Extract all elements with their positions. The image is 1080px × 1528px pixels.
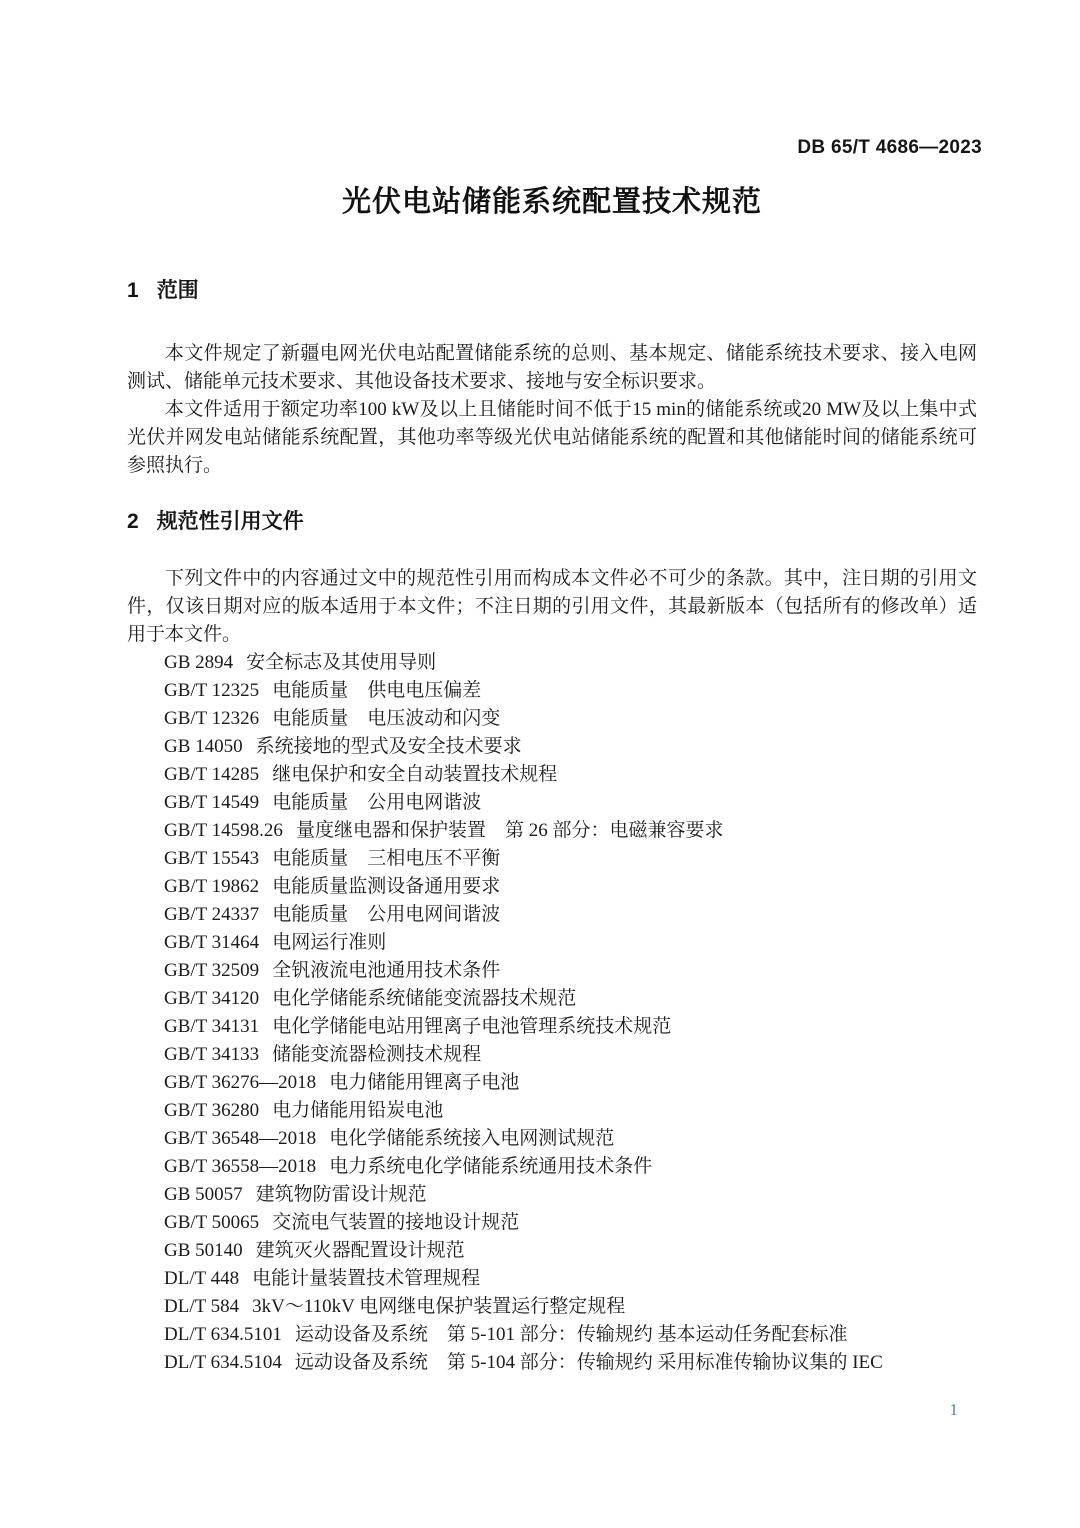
reference-code: GB/T 36548—2018 (164, 1128, 316, 1149)
section-references-heading: 2规范性引用文件 (127, 510, 977, 534)
reference-code: GB/T 31464 (164, 932, 259, 953)
reference-code: DL/T 634.5101 (164, 1324, 282, 1345)
reference-item: DL/T 634.5104远动设备及系统 第 5-104 部分：传输规约 采用标… (164, 1349, 977, 1377)
reference-item: GB/T 14549电能质量 公用电网谐波 (164, 789, 977, 817)
reference-code: GB/T 32509 (164, 960, 259, 981)
reference-title: 全钒液流电池通用技术条件 (272, 960, 500, 981)
scope-paragraph: 本文件规定了新疆电网光伏电站配置储能系统的总则、基本规定、储能系统技术要求、接入… (127, 340, 977, 396)
reference-item: GB/T 12326电能质量 电压波动和闪变 (164, 705, 977, 733)
reference-code: GB/T 12325 (164, 680, 259, 701)
reference-title: 电力系统电化学储能系统通用技术条件 (329, 1156, 652, 1177)
reference-item: GB/T 32509全钒液流电池通用技术条件 (164, 957, 977, 985)
reference-title: 电网运行准则 (272, 932, 386, 953)
reference-title: 电能质量 公用电网谐波 (272, 792, 481, 813)
reference-title: 建筑物防雷设计规范 (256, 1184, 427, 1205)
section-scope-paragraphs: 本文件规定了新疆电网光伏电站配置储能系统的总则、基本规定、储能系统技术要求、接入… (127, 340, 977, 480)
reference-code: GB/T 14549 (164, 792, 259, 813)
reference-title: 安全标志及其使用导则 (246, 652, 436, 673)
reference-code: GB/T 24337 (164, 904, 259, 925)
reference-title: 电化学储能系统储能变流器技术规范 (272, 988, 576, 1009)
reference-code: GB/T 50065 (164, 1212, 259, 1233)
reference-item: GB/T 34120电化学储能系统储能变流器技术规范 (164, 985, 977, 1013)
reference-title: 运动设备及系统 第 5-101 部分：传输规约 基本运动任务配套标准 (295, 1324, 848, 1345)
reference-code: GB/T 14598.26 (164, 820, 283, 841)
reference-code: GB/T 19862 (164, 876, 259, 897)
section-references-number: 2 (127, 510, 139, 534)
doc-title: 光伏电站储能系统配置技术规范 (127, 179, 977, 220)
reference-item: DL/T 5843kV～110kV 电网继电保护装置运行整定规程 (164, 1293, 977, 1321)
reference-code: GB/T 36276—2018 (164, 1072, 316, 1093)
reference-title: 电力储能用锂离子电池 (329, 1072, 519, 1093)
reference-title: 系统接地的型式及安全技术要求 (256, 736, 522, 757)
document-page: DB 65/T 4686—2023 光伏电站储能系统配置技术规范 1范围 本文件… (0, 0, 1080, 1528)
reference-item: GB/T 34131电化学储能电站用锂离子电池管理系统技术规范 (164, 1013, 977, 1041)
reference-code: GB 14050 (164, 736, 243, 757)
reference-code: GB 50140 (164, 1240, 243, 1261)
reference-code: GB/T 14285 (164, 764, 259, 785)
reference-item: GB/T 31464电网运行准则 (164, 929, 977, 957)
reference-code: GB/T 15543 (164, 848, 259, 869)
reference-item: GB 2894安全标志及其使用导则 (164, 649, 977, 677)
reference-code: GB 50057 (164, 1184, 243, 1205)
reference-item: DL/T 634.5101运动设备及系统 第 5-101 部分：传输规约 基本运… (164, 1321, 977, 1349)
reference-item: GB/T 15543电能质量 三相电压不平衡 (164, 845, 977, 873)
reference-title: 电能质量 供电电压偏差 (272, 680, 481, 701)
reference-item: GB/T 34133储能变流器检测技术规程 (164, 1041, 977, 1069)
reference-item: GB/T 14285继电保护和安全自动装置技术规程 (164, 761, 977, 789)
reference-item: GB 50140建筑灭火器配置设计规范 (164, 1237, 977, 1265)
doc-code: DB 65/T 4686—2023 (797, 137, 982, 159)
reference-code: GB 2894 (164, 652, 233, 673)
reference-code: GB/T 34131 (164, 1016, 259, 1037)
section-scope-heading: 1范围 (127, 279, 977, 303)
reference-code: GB/T 12326 (164, 708, 259, 729)
reference-title: 电能质量 公用电网间谐波 (272, 904, 500, 925)
reference-item: GB/T 36558—2018电力系统电化学储能系统通用技术条件 (164, 1153, 977, 1181)
section-references-title: 规范性引用文件 (157, 510, 304, 533)
reference-code: GB/T 36558—2018 (164, 1156, 316, 1177)
page-number: 1 (950, 1400, 959, 1420)
reference-code: DL/T 584 (164, 1296, 239, 1317)
reference-item: GB/T 19862电能质量监测设备通用要求 (164, 873, 977, 901)
reference-item: GB/T 24337电能质量 公用电网间谐波 (164, 901, 977, 929)
references-intro: 下列文件中的内容通过文中的规范性引用而构成本文件必不可少的条款。其中，注日期的引… (127, 565, 977, 649)
reference-title: 3kV～110kV 电网继电保护装置运行整定规程 (252, 1296, 625, 1317)
section-scope-title: 范围 (157, 279, 199, 302)
reference-code: GB/T 34133 (164, 1044, 259, 1065)
scope-paragraph: 本文件适用于额定功率100 kW及以上且储能时间不低于15 min的储能系统或2… (127, 396, 977, 480)
references-list: GB 2894安全标志及其使用导则 GB/T 12325电能质量 供电电压偏差 … (127, 649, 977, 1377)
reference-code: DL/T 448 (164, 1268, 239, 1289)
reference-title: 继电保护和安全自动装置技术规程 (272, 764, 557, 785)
reference-title: 远动设备及系统 第 5-104 部分：传输规约 采用标准传输协议集的 IEC (295, 1352, 883, 1373)
reference-item: GB/T 14598.26量度继电器和保护装置 第 26 部分：电磁兼容要求 (164, 817, 977, 845)
reference-title: 电能质量 三相电压不平衡 (272, 848, 500, 869)
reference-code: GB/T 34120 (164, 988, 259, 1009)
reference-title: 电化学储能电站用锂离子电池管理系统技术规范 (272, 1016, 671, 1037)
document-body: 1范围 本文件规定了新疆电网光伏电站配置储能系统的总则、基本规定、储能系统技术要… (127, 279, 977, 1377)
reference-title: 电能质量 电压波动和闪变 (272, 708, 500, 729)
reference-code: GB/T 36280 (164, 1100, 259, 1121)
reference-title: 电能计量装置技术管理规程 (252, 1268, 480, 1289)
reference-title: 电力储能用铅炭电池 (272, 1100, 443, 1121)
reference-item: GB 14050系统接地的型式及安全技术要求 (164, 733, 977, 761)
reference-item: GB/T 12325电能质量 供电电压偏差 (164, 677, 977, 705)
reference-item: GB/T 36548—2018电化学储能系统接入电网测试规范 (164, 1125, 977, 1153)
reference-title: 建筑灭火器配置设计规范 (256, 1240, 465, 1261)
reference-item: DL/T 448电能计量装置技术管理规程 (164, 1265, 977, 1293)
reference-item: GB 50057建筑物防雷设计规范 (164, 1181, 977, 1209)
reference-item: GB/T 36280电力储能用铅炭电池 (164, 1097, 977, 1125)
reference-title: 电能质量监测设备通用要求 (272, 876, 500, 897)
reference-title: 量度继电器和保护装置 第 26 部分：电磁兼容要求 (296, 820, 724, 841)
reference-title: 储能变流器检测技术规程 (272, 1044, 481, 1065)
section-scope-number: 1 (127, 279, 139, 303)
reference-item: GB/T 50065交流电气装置的接地设计规范 (164, 1209, 977, 1237)
reference-title: 交流电气装置的接地设计规范 (272, 1212, 519, 1233)
reference-code: DL/T 634.5104 (164, 1352, 282, 1373)
reference-item: GB/T 36276—2018电力储能用锂离子电池 (164, 1069, 977, 1097)
reference-title: 电化学储能系统接入电网测试规范 (329, 1128, 614, 1149)
